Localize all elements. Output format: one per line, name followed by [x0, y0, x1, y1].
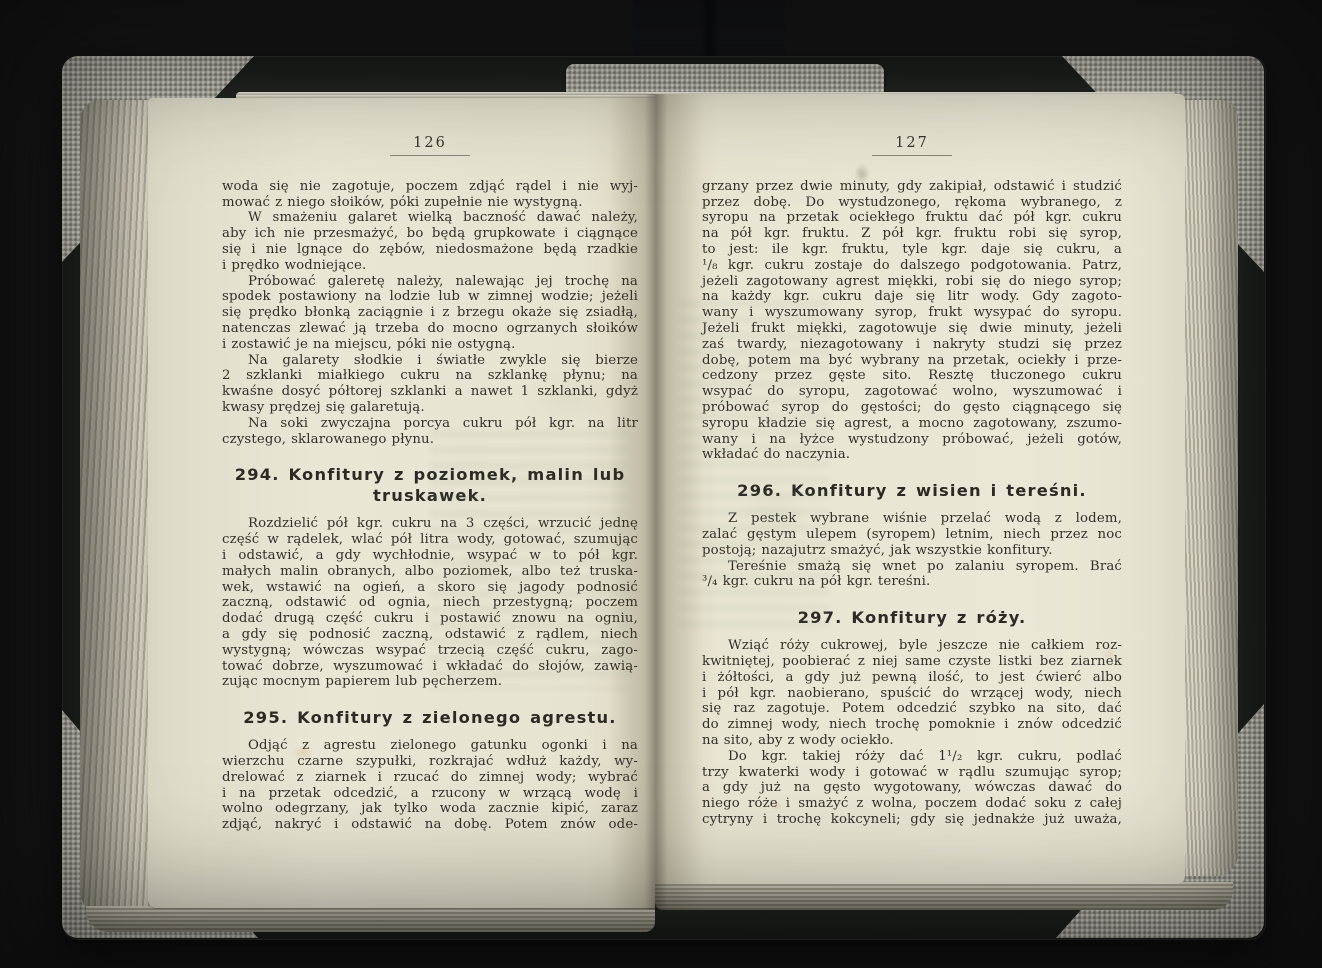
text-line: natenczas zlewać ją trzeba do mocno ogrz… — [222, 321, 638, 337]
paragraph-block: Z pestek wybrane wiśnie przelać wodą z l… — [702, 511, 1122, 590]
text-line: się prędko błonką zaciągnie i z brzegu o… — [222, 305, 638, 321]
section-heading: 296. Konfitury z wisien i tereśni. — [702, 480, 1122, 501]
text-line: Wziąć róży cukrowej, byle jeszcze nie ca… — [702, 638, 1122, 654]
text-line: na każdy kgr. cukru daje się litr wody. … — [702, 289, 1122, 305]
text-line: na pół kgr. fruktu. Z pół kgr. fruktu ro… — [702, 226, 1122, 242]
text-line: kwasy prędzej się galaretują. — [222, 400, 638, 416]
text-line: jeżeli zagotowany agrest miękki, robi si… — [702, 274, 1122, 290]
text-line: Odjąć z agrestu zielonego gatunku ogonki… — [222, 738, 638, 754]
text-line: dobę, potem ma być wybrany na przetak, o… — [702, 353, 1122, 369]
text-line: grzany przez dwie minuty, gdy zakipiał, … — [702, 179, 1122, 195]
page-edges-bottom-right — [655, 882, 1233, 910]
text-line: ³/₄ kgr. cukru na pół kgr. tereśni. — [702, 574, 1122, 590]
text-line: wany i na łyżce wystudzony próbować, jeż… — [702, 432, 1122, 448]
text-line: do zimnej wody, niech trochę pomoknie i … — [702, 717, 1122, 733]
text-line: kwaśne dosyć półtorej szklanki a nawet 1… — [222, 384, 638, 400]
heading-line: truskawek. — [222, 485, 638, 506]
text-line: i prędko wodniejące. — [222, 258, 638, 274]
text-line: i żółtości, a gdy już pewną ilość, to je… — [702, 670, 1122, 686]
text-line: i na przetak odcedzić, a rzucony w wrząc… — [222, 786, 638, 802]
text-line: i odstawić, a gdy wychłodnie, wsypać w t… — [222, 548, 638, 564]
text-line: Jeżeli frukt miękki, zagotowuje się dwie… — [702, 321, 1122, 337]
text-line: to jest: ile kgr. fruktu, tyle kgr. daje… — [702, 242, 1122, 258]
book-scan: 126 woda się nie zagotuje, poczem zdjąć … — [0, 0, 1322, 968]
text-line: a gdy się podnosić zaczną, odstawić z rą… — [222, 627, 638, 643]
text-line: zalać gęstym ulepem (syropem) letnim, ni… — [702, 527, 1122, 543]
text-line: Tereśnie smażą się wnet po zalaniu syrop… — [702, 559, 1122, 575]
text-line: tować dobrze, wyszumować i wkładać do sł… — [222, 659, 638, 675]
text-line: ¹/₈ kgr. cukru zostaje do dalszego podgo… — [702, 258, 1122, 274]
text-line: i pół kgr. naobierano, spuścić do wrzące… — [702, 686, 1122, 702]
text-line: syropu kładzie się agrest, a mocno zagot… — [702, 416, 1122, 432]
left-page-text: 126 woda się nie zagotuje, poczem zdjąć … — [222, 136, 638, 833]
text-line: Na galarety słodkie i światłe zwykle się… — [222, 353, 638, 369]
heading-line: 296. Konfitury z wisien i tereśni. — [702, 480, 1122, 501]
text-line: aby ich nie przesmażyć, bo będą grupkowa… — [222, 226, 638, 242]
text-line: Rozdzielić pół kgr. cukru na 3 części, w… — [222, 516, 638, 532]
page-number: 126 — [222, 136, 638, 152]
paragraph-block: woda się nie zagotuje, poczem zdjąć rąde… — [222, 179, 638, 448]
text-line: i zostawić je na miejscu, póki nie ostyg… — [222, 337, 638, 353]
heading-line: 297. Konfitury z róży. — [702, 607, 1122, 628]
heading-line: 295. Konfitury z zielonego agrestu. — [222, 707, 638, 728]
paragraph-block: Rozdzielić pół kgr. cukru na 3 części, w… — [222, 516, 638, 690]
text-line: W smażeniu galaret wielką baczność dawać… — [222, 210, 638, 226]
text-line: próbować syrop do gęstości; do gęsto cią… — [702, 400, 1122, 416]
text-line: część w rądelek, wlać pół litra wody, go… — [222, 532, 638, 548]
text-line: wystygną; wówczas wsypać trzecią część c… — [222, 643, 638, 659]
text-line: cytryny i trochę kokcyneli; gdy się jedn… — [702, 812, 1122, 828]
text-line: wierzchu czarne szypułki, rozkrajać wdłu… — [222, 754, 638, 770]
text-line: a gdy już na gęsto wygotowany, wówczas d… — [702, 780, 1122, 796]
text-line: zaczną, odstawić od ognia, niech przesty… — [222, 595, 638, 611]
text-line: woda się nie zagotuje, poczem zdjąć rąde… — [222, 179, 638, 195]
text-line: drelować z ziarnek i rzucać do zimnej wo… — [222, 770, 638, 786]
text-line: Próbować galeretę należy, nalewając jej … — [222, 274, 638, 290]
text-line: zaś twardy, niezagotowany i nakryty stud… — [702, 337, 1122, 353]
left-page-header: 126 — [222, 136, 638, 156]
text-line: cedzony przez gęste sito. Resztę tłuczon… — [702, 368, 1122, 384]
section-heading: 297. Konfitury z róży. — [702, 607, 1122, 628]
text-line: wany i wyszumowany syrop, frukt wysypać … — [702, 305, 1122, 321]
text-line: Z pestek wybrane wiśnie przelać wodą z l… — [702, 511, 1122, 527]
text-line: syropu na przetak ociekłego fruktu dać p… — [702, 210, 1122, 226]
paragraph-block: Wziąć róży cukrowej, byle jeszcze nie ca… — [702, 638, 1122, 828]
text-line: spodek postawiony na lodzie lub w zimnej… — [222, 289, 638, 305]
page-edges-bottom-left — [86, 906, 655, 932]
text-line: 2 szklanki miałkiego cukru na szklankę p… — [222, 368, 638, 384]
text-line: na sito, aby z wody ociekło. — [702, 733, 1122, 749]
page-number-rule — [872, 155, 952, 156]
text-line: kwitniętej, poobierać z niej same czyste… — [702, 654, 1122, 670]
text-line: wkładać do naczynia. — [702, 447, 1122, 463]
paragraph-block: Odjąć z agrestu zielonego gatunku ogonki… — [222, 738, 638, 833]
text-line: zdjąć, nakryć i odstawić na dobę. Potem … — [222, 817, 638, 833]
text-line: zując mocnym papierem lub pęcherzem. — [222, 674, 638, 690]
text-line: wsypać do syropu, zagotować wolno, wyszu… — [702, 384, 1122, 400]
right-page-text: 127 grzany przez dwie minuty, gdy zakipi… — [702, 136, 1122, 828]
left-page: 126 woda się nie zagotuje, poczem zdjąć … — [148, 98, 655, 908]
text-line: mować z niego słoików, póki zupełnie nie… — [222, 195, 638, 211]
right-page-header: 127 — [702, 136, 1122, 156]
text-line: małych malin obranych, albo poziomek, al… — [222, 564, 638, 580]
text-line: wolno odegrzany, jak tylko woda zacznie … — [222, 801, 638, 817]
text-line: Do kgr. takiej róży dać 1¹/₂ kgr. cukru,… — [702, 749, 1122, 765]
heading-line: 294. Konfitury z poziomek, malin lub — [222, 464, 638, 485]
text-line: wek, wstawić na ogień, a skoro się jagod… — [222, 580, 638, 596]
text-line: trzy kwaterki wody i gotować w rądlu szu… — [702, 765, 1122, 781]
text-line: się raz zagotuje. Potem odcedzić szybko … — [702, 701, 1122, 717]
section-heading: 295. Konfitury z zielonego agrestu. — [222, 707, 638, 728]
page-number: 127 — [702, 136, 1122, 152]
section-heading: 294. Konfitury z poziomek, malin lubtrus… — [222, 464, 638, 506]
text-line: postoją; nazajutrz smażyć, jak wszystkie… — [702, 543, 1122, 559]
text-line: niego róże i smażyć z wolna, poczem doda… — [702, 796, 1122, 812]
text-line: się i nie lgnące do zębów, niedosmażone … — [222, 242, 638, 258]
paragraph-block: grzany przez dwie minuty, gdy zakipiał, … — [702, 179, 1122, 463]
text-line: dodać drugą część cukru i postawić znowu… — [222, 611, 638, 627]
right-page: 127 grzany przez dwie minuty, gdy zakipi… — [655, 94, 1185, 884]
page-edges-right — [1178, 100, 1238, 876]
text-line: przez dobę. Do wystudzonego, rękoma wybr… — [702, 195, 1122, 211]
text-line: czystego, sklarowanego płynu. — [222, 432, 638, 448]
text-line: Na soki zwyczajna porcya cukru pół kgr. … — [222, 416, 638, 432]
page-number-rule — [390, 155, 470, 156]
